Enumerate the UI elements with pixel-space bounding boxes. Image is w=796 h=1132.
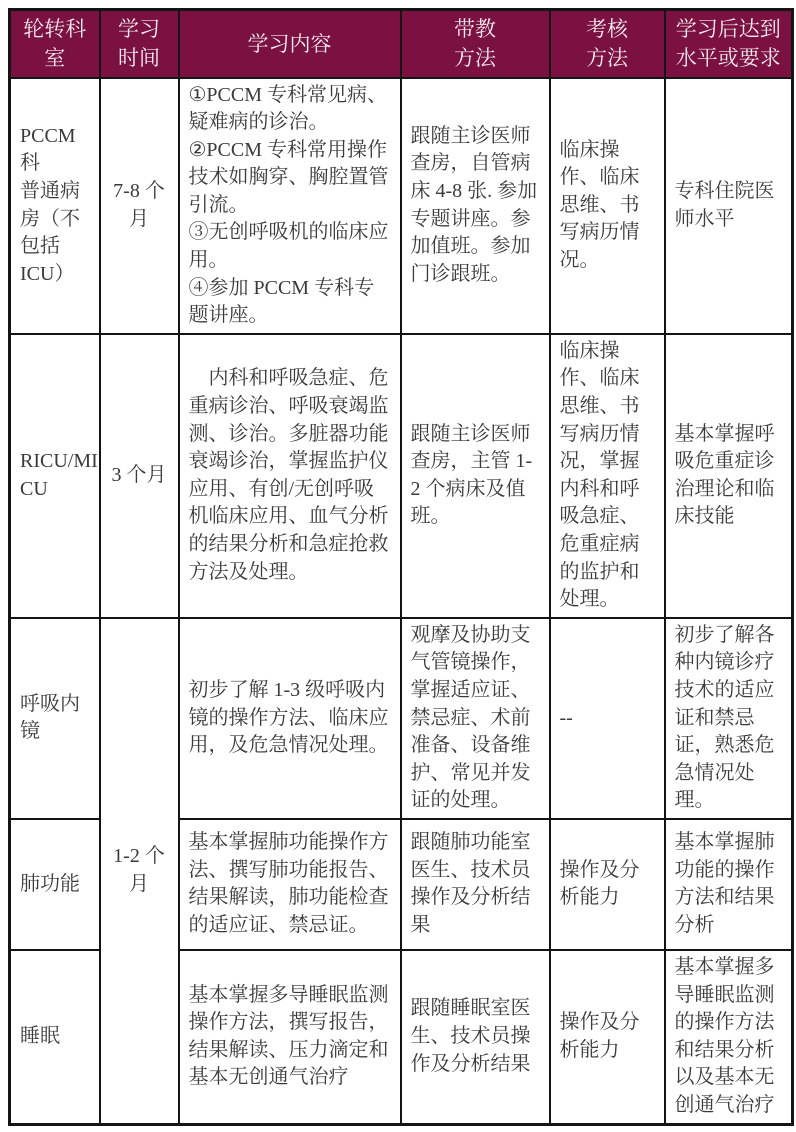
header-cell-assessment: 考核 方法 <box>550 10 665 78</box>
cell-content: ①PCCM 专科常见病、疑难病的诊治。 ②PCCM 专科常用操作技术如胸穿、胸腔… <box>179 78 401 334</box>
table-row-ricu-micu: RICU/MI CU 3 个月 内科和呼吸急症、危重病诊治、呼吸衰竭监测、诊治。… <box>10 334 793 618</box>
cell-outcome: 基本掌握呼吸危重症诊治理论和临床技能 <box>665 334 793 618</box>
cell-time: 7-8 个 月 <box>100 78 179 334</box>
table-row-endoscopy: 呼吸内 镜 1-2 个 月 初步了解 1-3 级呼吸内镜的操作方法、临床应用，及… <box>10 618 793 819</box>
cell-teaching: 跟随睡眠室医生、技术员操作及分析结果 <box>401 950 550 1124</box>
table-header: 轮转科 室 学习 时间 学习内容 带教 方法 考核 方法 学习后达到 水平或要求 <box>10 10 793 78</box>
document-page: 轮转科 室 学习 时间 学习内容 带教 方法 考核 方法 学习后达到 水平或要求… <box>0 0 796 1132</box>
cell-teaching: 观摩及协助支气管镜操作，掌握适应证、禁忌症、术前准备、设备维护、常见并发证的处理… <box>401 618 550 819</box>
cell-assessment: 操作及分析能力 <box>550 950 665 1124</box>
table-body: PCCM 科 普通病 房（不 包括 ICU） 7-8 个 月 ①PCCM 专科常… <box>10 78 793 1125</box>
cell-time-merged: 1-2 个 月 <box>100 618 179 1124</box>
rotation-schedule-table: 轮转科 室 学习 时间 学习内容 带教 方法 考核 方法 学习后达到 水平或要求… <box>8 8 794 1126</box>
cell-outcome: 基本掌握肺功能的操作方法和结果分析 <box>665 819 793 950</box>
cell-teaching: 跟随主诊医师查房，自管病床 4-8 张. 参加专题讲座。参加值班。参加门诊跟班。 <box>401 78 550 334</box>
cell-content: 初步了解 1-3 级呼吸内镜的操作方法、临床应用，及危急情况处理。 <box>179 618 401 819</box>
cell-assessment: 临床操作、临床思维、书写病历情况，掌握内科和呼吸急症、危重症病的监护和处理。 <box>550 334 665 618</box>
header-cell-dept: 轮转科 室 <box>10 10 100 78</box>
header-cell-outcome: 学习后达到 水平或要求 <box>665 10 793 78</box>
cell-content: 基本掌握肺功能操作方法、撰写肺功能报告、结果解读，肺功能检查的适应证、禁忌证。 <box>179 819 401 950</box>
cell-dept: RICU/MI CU <box>10 334 100 618</box>
cell-assessment: 临床操作、临床思维、书写病历情况。 <box>550 78 665 334</box>
cell-outcome: 专科住院医师水平 <box>665 78 793 334</box>
cell-dept: 肺功能 <box>10 819 100 950</box>
cell-dept: 睡眠 <box>10 950 100 1124</box>
header-cell-content: 学习内容 <box>179 10 401 78</box>
cell-outcome: 初步了解各种内镜诊疗技术的适应证和禁忌证，熟悉危急情况处理。 <box>665 618 793 819</box>
cell-content: 基本掌握多导睡眠监测操作方法，撰写报告，结果解读、压力滴定和基本无创通气治疗 <box>179 950 401 1124</box>
cell-dept: PCCM 科 普通病 房（不 包括 ICU） <box>10 78 100 334</box>
header-cell-teaching: 带教 方法 <box>401 10 550 78</box>
cell-dept: 呼吸内 镜 <box>10 618 100 819</box>
cell-time: 3 个月 <box>100 334 179 618</box>
cell-teaching: 跟随肺功能室医生、技术员操作及分析结果 <box>401 819 550 950</box>
header-row: 轮转科 室 学习 时间 学习内容 带教 方法 考核 方法 学习后达到 水平或要求 <box>10 10 793 78</box>
cell-assessment: 操作及分析能力 <box>550 819 665 950</box>
cell-outcome: 基本掌握多导睡眠监测的操作方法和结果分析以及基本无创通气治疗 <box>665 950 793 1124</box>
table-row-pccm-ward: PCCM 科 普通病 房（不 包括 ICU） 7-8 个 月 ①PCCM 专科常… <box>10 78 793 334</box>
header-cell-time: 学习 时间 <box>100 10 179 78</box>
cell-teaching: 跟随主诊医师查房，主管 1-2 个病床及值班。 <box>401 334 550 618</box>
cell-assessment: -- <box>550 618 665 819</box>
cell-content: 内科和呼吸急症、危重病诊治、呼吸衰竭监测、诊治。多脏器功能衰竭诊治，掌握监护仪应… <box>179 334 401 618</box>
